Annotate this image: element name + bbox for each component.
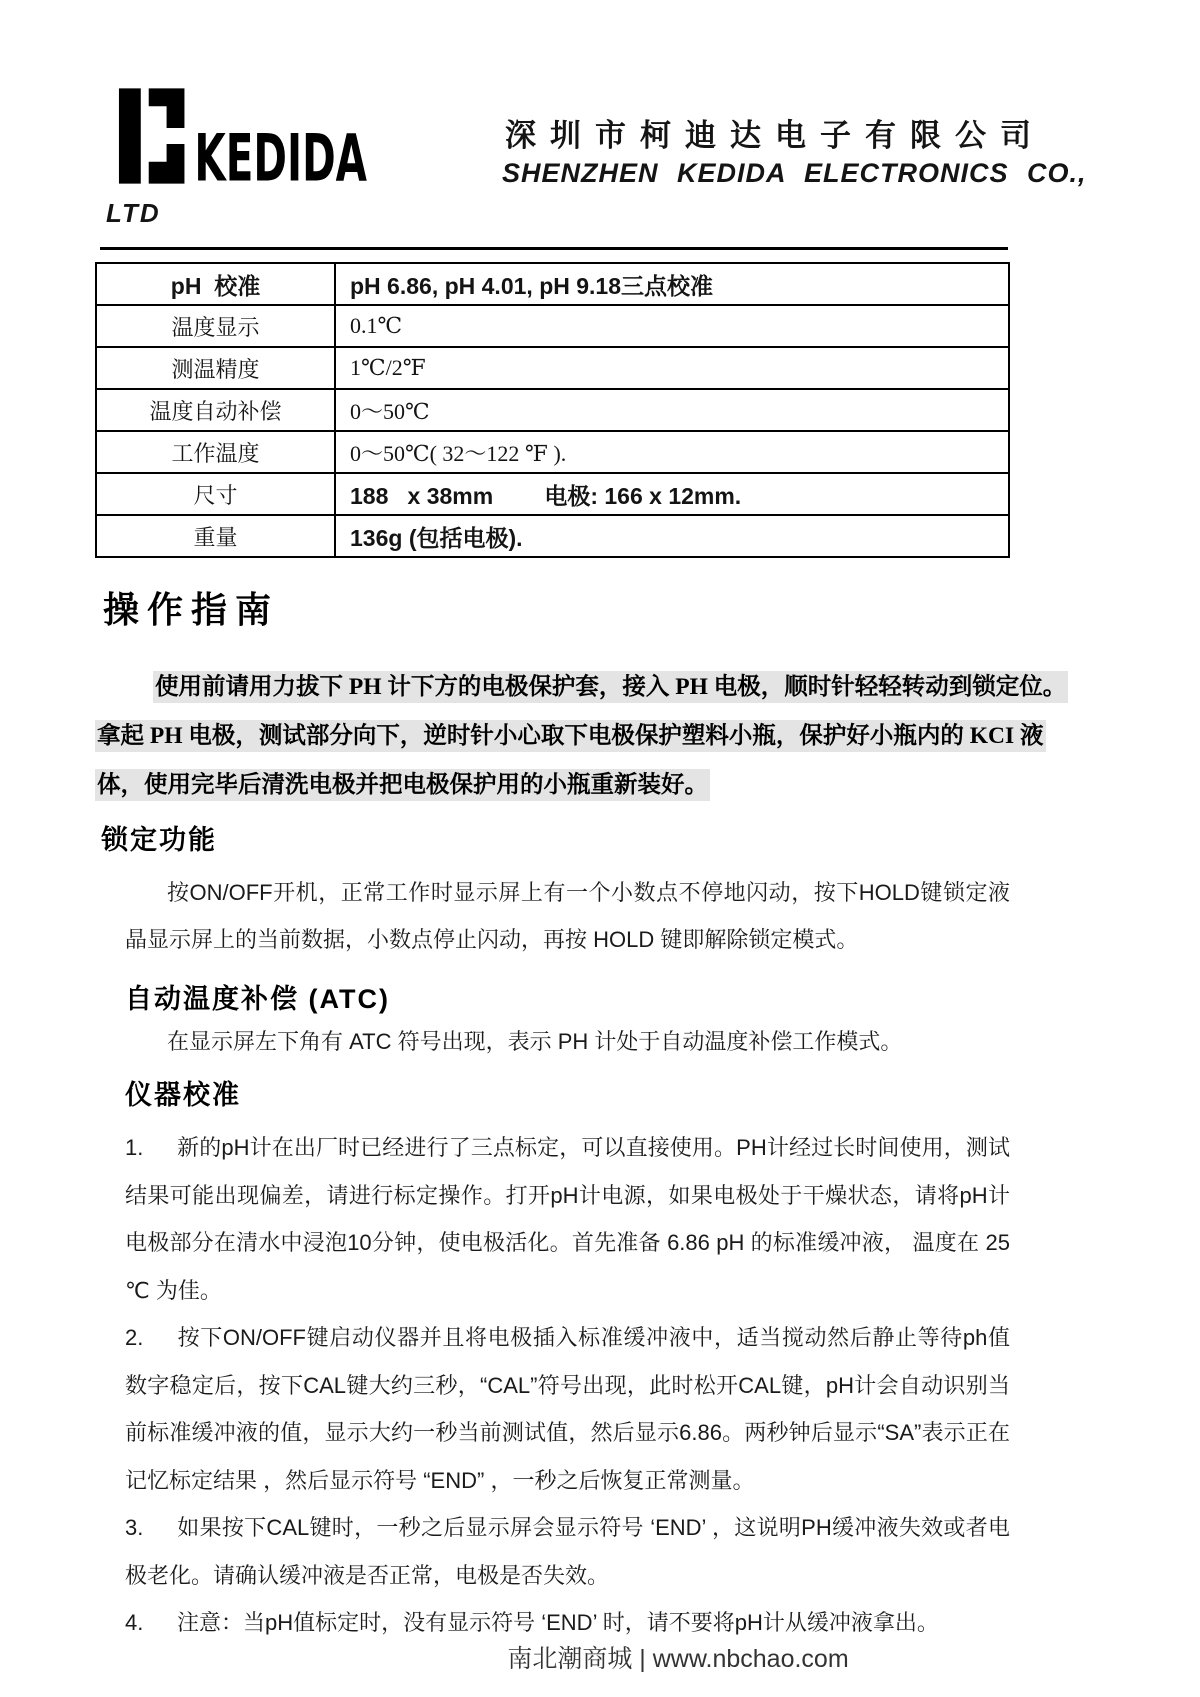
section-title-atc: 自动温度补偿 (ATC): [125, 977, 1010, 1016]
notice-line: 拿起 PH 电极，测试部分向下，逆时针小心取下电极保护塑料小瓶，保护好小瓶内的 …: [95, 712, 1010, 761]
notice-line: 体，使用完毕后清洗电极并把电极保护用的小瓶重新装好。: [95, 761, 1010, 810]
table-row: 重量 136g (包括电极).: [96, 515, 1009, 557]
spec-label: 温度显示: [96, 305, 335, 347]
section-title-operation-guide: 操作指南: [103, 582, 1010, 633]
spec-value: 1℃/2℉: [335, 347, 1009, 389]
header-divider: [100, 247, 1008, 250]
notice-line: 使用前请用力拔下 PH 计下方的电极保护套，接入 PH 电极，顺时针轻轻转动到锁…: [95, 663, 1010, 712]
highlighted-text: 体，使用完毕后清洗电极并把电极保护用的小瓶重新装好。: [95, 769, 710, 801]
calibration-steps: 1.新的pH计在出厂时已经进行了三点标定，可以直接使用。PH计经过长时间使用，测…: [125, 1124, 1010, 1647]
page-footer: 南北潮商城 | www.nbchao.com: [0, 1639, 1200, 1675]
list-item-number: 3.: [125, 1504, 177, 1552]
section-title-lock-function: 锁定功能: [101, 818, 1010, 857]
company-name-english: SHENZHEN KEDIDA ELECTRONICS CO.,: [502, 158, 1042, 189]
list-item-text: 注意：当pH值标定时，没有显示符号 ‘END’ 时，请不要将pH计从缓冲液拿出。: [177, 1610, 939, 1635]
spec-label: 温度自动补偿: [96, 389, 335, 431]
spec-label: 重量: [96, 515, 335, 557]
usage-notice: 使用前请用力拔下 PH 计下方的电极保护套，接入 PH 电极，顺时针轻轻转动到锁…: [95, 663, 1010, 810]
footer-site-text: 南北潮商城 | www.nbchao.com: [507, 1645, 848, 1673]
list-item-text: 如果按下CAL键时，一秒之后显示屏会显示符号 ‘END’ ，这说明PH缓冲液失效…: [125, 1515, 1010, 1588]
company-name-ltd: LTD: [106, 198, 161, 229]
list-item-text: 新的pH计在出厂时已经进行了三点标定，可以直接使用。PH计经过长时间使用，测试结…: [125, 1135, 1010, 1303]
table-row: 工作温度 0～50℃( 32～122 ℉ ).: [96, 431, 1009, 473]
list-item-number: 2.: [125, 1314, 177, 1362]
document-header: KEDIDA 深圳市柯迪达电子有限公司 SHENZHEN KEDIDA ELEC…: [0, 0, 1200, 256]
spec-label: pH 校准: [96, 263, 335, 305]
spec-label: 测温精度: [96, 347, 335, 389]
document-body: pH 校准 pH 6.86, pH 4.01, pH 9.18三点校准 温度显示…: [0, 262, 1200, 1647]
table-row: pH 校准 pH 6.86, pH 4.01, pH 9.18三点校准: [96, 263, 1009, 305]
spec-value: 0～50℃( 32～122 ℉ ).: [335, 431, 1009, 473]
table-row: 尺寸 188 x 38mm 电极: 166 x 12mm.: [96, 473, 1009, 515]
atc-paragraph: 在显示屏左下角有 ATC 符号出现，表示 PH 计处于自动温度补偿工作模式。: [125, 1018, 1010, 1065]
table-row: 温度显示 0.1℃: [96, 305, 1009, 347]
list-item-text: 按下ON/OFF键启动仪器并且将电极插入标准缓冲液中，适当搅动然后静止等待ph值…: [125, 1325, 1010, 1493]
logo-wordmark: KEDIDA: [194, 121, 367, 186]
kedida-logo: KEDIDA: [113, 86, 371, 186]
list-item: 3.如果按下CAL键时，一秒之后显示屏会显示符号 ‘END’ ，这说明PH缓冲液…: [125, 1504, 1010, 1599]
company-name-chinese: 深圳市柯迪达电子有限公司: [505, 110, 1010, 155]
spec-value: 188 x 38mm 电极: 166 x 12mm.: [335, 473, 1009, 515]
kedida-logo-icon: KEDIDA: [113, 86, 371, 186]
spec-table: pH 校准 pH 6.86, pH 4.01, pH 9.18三点校准 温度显示…: [95, 262, 1010, 558]
spec-value: pH 6.86, pH 4.01, pH 9.18三点校准: [335, 263, 1009, 305]
lock-function-paragraph: 按ON/OFF开机，正常工作时显示屏上有一个小数点不停地闪动，按下HOLD键锁定…: [125, 869, 1010, 963]
spec-value: 0.1℃: [335, 305, 1009, 347]
table-row: 测温精度 1℃/2℉: [96, 347, 1009, 389]
list-item: 2.按下ON/OFF键启动仪器并且将电极插入标准缓冲液中，适当搅动然后静止等待p…: [125, 1314, 1010, 1504]
highlighted-text: 拿起 PH 电极，测试部分向下，逆时针小心取下电极保护塑料小瓶，保护好小瓶内的 …: [95, 720, 1046, 752]
list-item: 1.新的pH计在出厂时已经进行了三点标定，可以直接使用。PH计经过长时间使用，测…: [125, 1124, 1010, 1314]
spec-value: 136g (包括电极).: [335, 515, 1009, 557]
spec-label: 工作温度: [96, 431, 335, 473]
highlighted-text: 使用前请用力拔下 PH 计下方的电极保护套，接入 PH 电极，顺时针轻轻转动到锁…: [153, 671, 1068, 703]
document-page: KEDIDA 深圳市柯迪达电子有限公司 SHENZHEN KEDIDA ELEC…: [0, 0, 1200, 1697]
section-title-calibration: 仪器校准: [125, 1073, 1010, 1112]
table-row: 温度自动补偿 0～50℃: [96, 389, 1009, 431]
spec-value: 0～50℃: [335, 389, 1009, 431]
spec-label: 尺寸: [96, 473, 335, 515]
list-item-number: 1.: [125, 1124, 177, 1172]
